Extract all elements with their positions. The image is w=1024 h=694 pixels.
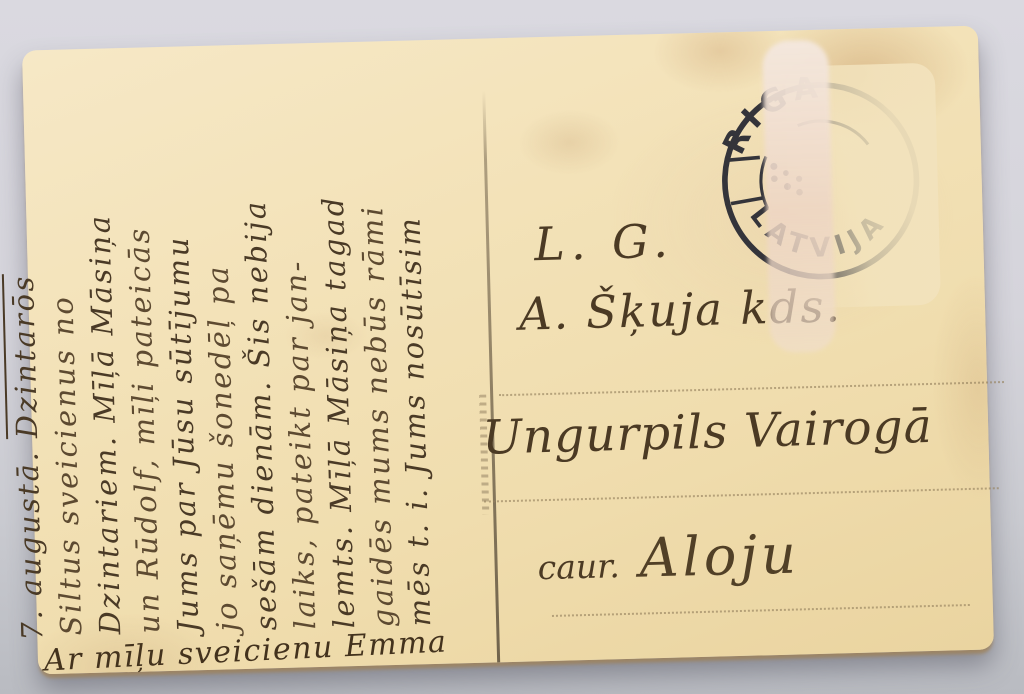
message-line: Siltus sveicienus no xyxy=(45,294,88,636)
message-line: Dzintariem. Mīļā Māsiņa xyxy=(82,213,127,635)
address-place: Ungurpils Vairogā xyxy=(482,399,934,466)
message-date: 7. augustā. xyxy=(10,438,49,641)
photo-background: 7. augustā. Dzintarōs Siltus sveicienus … xyxy=(0,0,1024,694)
message-line: mēs t. i. Jums nosūtīsim xyxy=(392,215,437,626)
message-line: un Rūdolf, mīļi pateicās xyxy=(122,226,167,634)
message-line: laiks, pateikt par jan- xyxy=(279,259,323,630)
message-line: 7. augustā. Dzintarōs xyxy=(6,274,50,641)
address-via-place: Aloju xyxy=(639,522,801,589)
stamp-residue-streak xyxy=(762,40,836,354)
message-place-underlined: Dzintarōs xyxy=(2,274,44,439)
postcard: 7. augustā. Dzintarōs Siltus sveicienus … xyxy=(22,26,994,675)
address-salutation: L. G. xyxy=(534,214,675,272)
message-line: lemts. Mīļā Māsiņa tagad xyxy=(316,195,361,629)
message-line: Jums par Jūsu sūtījumu xyxy=(161,235,205,633)
message-line: jo saņēmu šonedēļ pa xyxy=(201,264,245,632)
address-via: caur.Aloju xyxy=(537,522,801,592)
address-via-prefix: caur. xyxy=(537,546,620,587)
message-line: sešām dienām. Šis nebija xyxy=(238,199,283,631)
postmark-separator xyxy=(731,196,763,205)
